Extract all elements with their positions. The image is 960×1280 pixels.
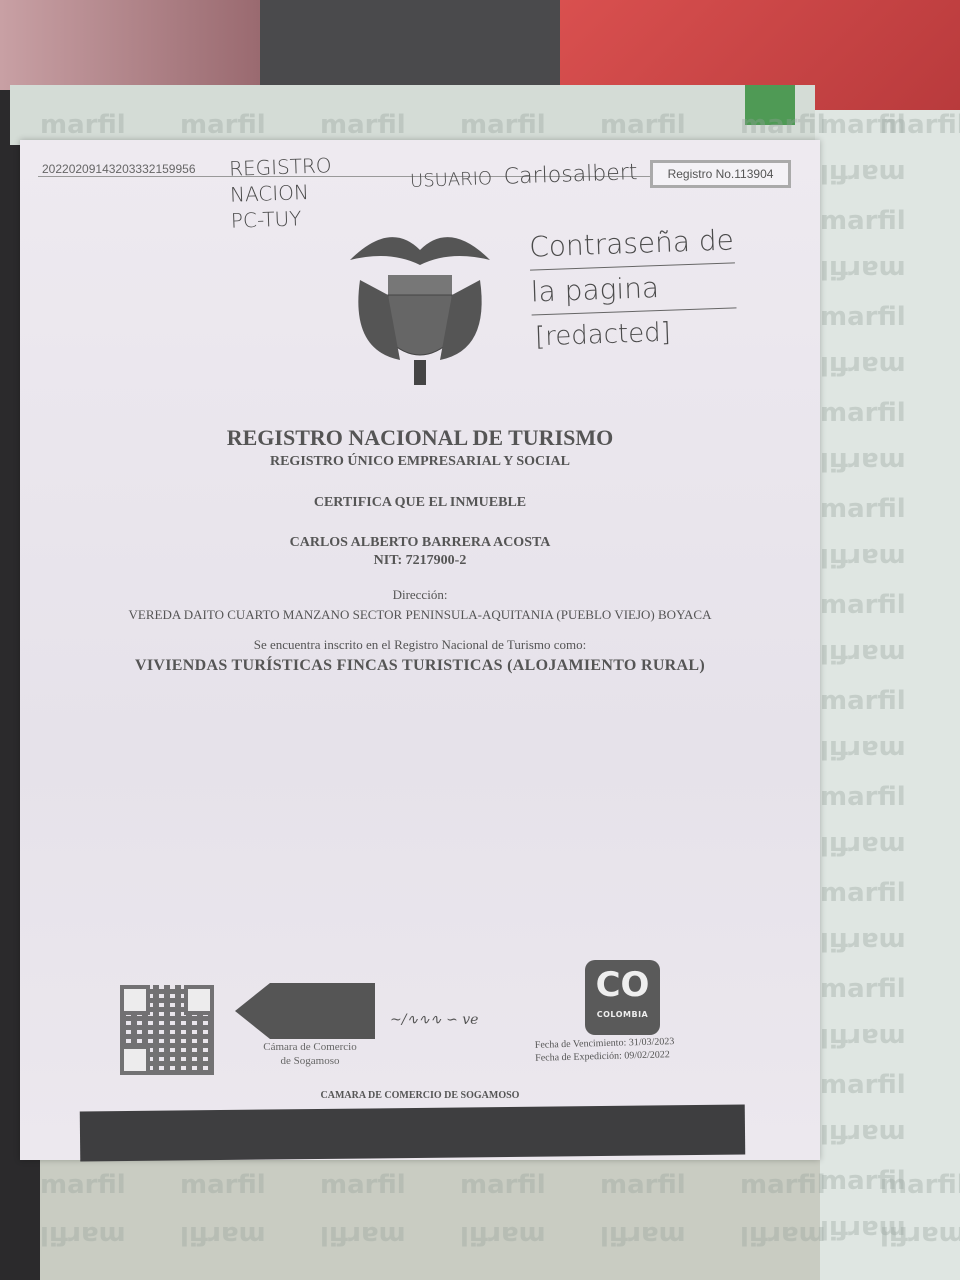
watermark-text: marfil (820, 638, 906, 668)
watermark-text: marfil (880, 110, 960, 140)
watermark-text: marfil (820, 782, 906, 812)
watermark-text: marfil (600, 110, 686, 140)
certificate-sheet: 20220209143203332159956 Registro No.1139… (20, 140, 820, 1160)
watermark-text: marfil (460, 1220, 546, 1250)
watermark-text: marfil (40, 1170, 126, 1200)
user-label: USUARIO (410, 168, 493, 192)
watermark-text: marfil (600, 1170, 686, 1200)
binder-bottom-edge (40, 1150, 820, 1280)
footer-photo-band (80, 1105, 745, 1162)
handwritten-password-value: [redacted] (535, 318, 672, 353)
signature-icon: ~/∿∿∿ ∽ ve (390, 1012, 478, 1028)
watermark-text: marfil (820, 446, 906, 476)
watermark-text: marfil (820, 878, 906, 908)
watermark-text: marfil (820, 1070, 906, 1100)
watermark-text: marfil (740, 1170, 826, 1200)
coat-of-arms-icon (340, 220, 500, 390)
watermark-text: marfil (740, 110, 826, 140)
hand-line: Contraseña de (528, 218, 734, 270)
handwritten-user: USUARIO Carlosalbert (410, 160, 638, 193)
watermark-text: marfil (820, 1118, 906, 1148)
hand-line: NACION (230, 178, 333, 208)
watermark-text: marfil (820, 974, 906, 1004)
registered-as-label: Se encuentra inscrito en el Registro Nac… (20, 637, 820, 653)
certifies-text: CERTIFICA QUE EL INMUEBLE (20, 495, 820, 511)
watermark-text: marfil (180, 110, 266, 140)
nit-number: NIT: 7217900-2 (20, 553, 820, 569)
document-title: REGISTRO NACIONAL DE TURISMO (20, 425, 820, 451)
tourism-category: VIVIENDAS TURÍSTICAS FINCAS TURISTICAS (… (20, 657, 820, 675)
watermark-text: marfil (820, 254, 906, 284)
watermark-text: marfil (880, 1220, 960, 1250)
watermark-text: marfil (40, 1220, 126, 1250)
watermark-text: marfil (320, 1170, 406, 1200)
user-value: Carlosalbert (503, 160, 637, 190)
watermark-text: marfil (740, 1220, 826, 1250)
serial-number: 20220209143203332159956 (42, 162, 196, 176)
hand-line: PC-TUY (230, 204, 333, 234)
binder-top-edge (10, 85, 815, 145)
ccs-caption: Cámara de Comercio de Sogamoso (235, 1040, 385, 1068)
handwritten-password-label: Contraseña de la pagina (528, 218, 736, 315)
document-subtitle: REGISTRO ÚNICO EMPRESARIAL Y SOCIAL (20, 454, 820, 470)
chamber-footer: CAMARA DE COMERCIO DE SOGAMOSO (20, 1090, 820, 1101)
background-pink-wall (0, 0, 260, 90)
watermark-text: marfil (180, 1220, 266, 1250)
watermark-text: marfil (600, 1220, 686, 1250)
watermark-text: marfil (320, 1220, 406, 1250)
co-logo-text: CO (585, 960, 660, 1010)
background-dark-object (260, 0, 580, 90)
ccs-caption-line: de Sogamoso (235, 1054, 385, 1068)
handwritten-note-left: REGISTRO NACION PC-TUY (229, 152, 334, 234)
registration-number-box: Registro No.113904 (650, 160, 791, 188)
owner-name: CARLOS ALBERTO BARRERA ACOSTA (20, 535, 820, 551)
watermark-text: marfil (820, 302, 906, 332)
watermark-text: marfil (880, 1170, 960, 1200)
watermark-text: marfil (820, 494, 906, 524)
hand-line: la pagina (530, 263, 736, 315)
validity-dates: Fecha de Vencimiento: 31/03/2023 Fecha d… (535, 1035, 675, 1065)
watermark-text: marfil (820, 686, 906, 716)
co-logo-caption: COLOMBIA (585, 1010, 660, 1019)
ccs-logo-icon (235, 983, 375, 1039)
watermark-text: marfil (820, 542, 906, 572)
watermark-text: marfil (820, 206, 906, 236)
colombia-co-logo: CO COLOMBIA (585, 960, 660, 1035)
qr-code-icon (120, 985, 214, 1075)
watermark-text: marfil (40, 110, 126, 140)
watermark-text: marfil (820, 1022, 906, 1052)
watermark-text: marfil (460, 110, 546, 140)
watermark-text: marfil (820, 158, 906, 188)
address-label: Dirección: (20, 587, 820, 603)
hand-line: REGISTRO (229, 152, 332, 182)
watermark-text: marfil (820, 398, 906, 428)
watermark-text: marfil (820, 734, 906, 764)
watermark-text: marfil (820, 350, 906, 380)
watermark-text: marfil (180, 1170, 266, 1200)
watermark-text: marfil (820, 590, 906, 620)
ccs-caption-line: Cámara de Comercio (235, 1040, 385, 1054)
watermark-text: marfil (320, 110, 406, 140)
address-value: VEREDA DAITO CUARTO MANZANO SECTOR PENIN… (20, 607, 820, 623)
issue-date: Fecha de Expedición: 09/02/2022 (535, 1048, 675, 1065)
watermark-text: marfil (460, 1170, 546, 1200)
watermark-text: marfil (820, 830, 906, 860)
watermark-text: marfil (820, 926, 906, 956)
